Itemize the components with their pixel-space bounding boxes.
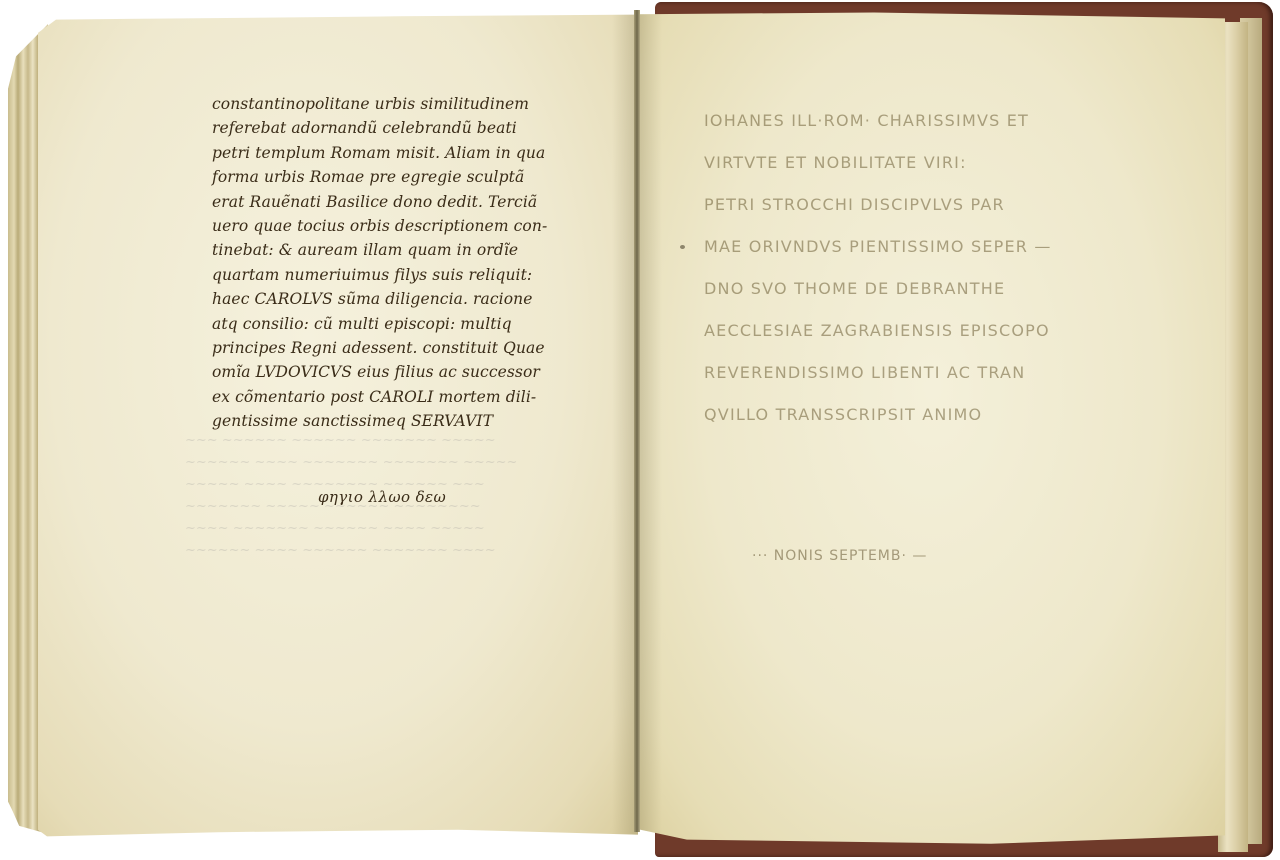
text-line: haec CAROLVS sũma diligencia. racione — [212, 287, 572, 311]
dedication-line: QVILLO TRANSSCRIPSIT ANIMO — [704, 394, 1104, 436]
dedication-line: DNO SVO THOME DE DEBRANTHE — [704, 268, 1104, 310]
open-manuscript: ~~~ ~~~~~~ ~~~~~~ ~~~~~~~ ~~~~~ ~~~~~~ ~… — [0, 0, 1280, 860]
text-line: petri templum Romam misit. Aliam in qua — [212, 141, 572, 165]
dedication-line: PETRI STROCCHI DISCIPVLVS PAR — [704, 184, 1104, 226]
greek-inscription: φηγιο λλωο δεω — [318, 488, 446, 506]
show-through-line: ~~~~ ~~~~~~~ ~~~~~~ ~~~~ ~~~~~ — [185, 518, 545, 540]
text-line: principes Regni adessent. constituit Qua… — [212, 336, 572, 360]
text-line: omĩa LVDOVICVS eius filius ac successor — [212, 360, 572, 384]
dedication-line: REVERENDISSIMO LIBENTI AC TRAN — [704, 352, 1104, 394]
text-line: gentissime sanctissimeq SERVAVIT — [212, 409, 572, 433]
text-line: ex cõmentario post CAROLI mortem dili- — [212, 385, 572, 409]
right-page-dedication: IOHANES ILL·ROM· CHARISSIMVS ET VIRTVTE … — [704, 100, 1104, 436]
text-line: referebat adornandũ celebrandũ beati — [212, 116, 572, 140]
dedication-line: IOHANES ILL·ROM· CHARISSIMVS ET — [704, 100, 1104, 142]
dedication-line: AECCLESIAE ZAGRABIENSIS EPISCOPO — [704, 310, 1104, 352]
gutter — [634, 10, 640, 832]
text-line: erat Rauẽnati Basilice dono dedit. Terci… — [212, 190, 572, 214]
dedication-line: MAE ORIVNDVS PIENTISSIMO SEPER — — [704, 226, 1104, 268]
text-line: quartam numeriuimus filys suis reliquit: — [212, 263, 572, 287]
margin-mark — [680, 245, 685, 249]
show-through-line: ~~~~~~ ~~~~ ~~~~~~~ ~~~~~~~ ~~~~~ — [185, 452, 545, 474]
text-line: atq consilio: cũ multi episcopi: multiq — [212, 312, 572, 336]
text-line: tinebat: & auream illam quam in ordĩe — [212, 238, 572, 262]
text-line: forma urbis Romae pre egregie sculptã — [212, 165, 572, 189]
colophon-date: ··· NONIS SEPTEMB· — — [752, 548, 927, 564]
text-line: uero quae tocius orbis descriptionem con… — [212, 214, 572, 238]
dedication-line: VIRTVTE ET NOBILITATE VIRI: — [704, 142, 1104, 184]
text-line: constantinopolitane urbis similitudinem — [212, 92, 572, 116]
show-through-line: ~~~~~~ ~~~~ ~~~~~~ ~~~~~~~ ~~~~ — [185, 540, 545, 562]
left-page-text: constantinopolitane urbis similitudinem … — [212, 92, 572, 434]
